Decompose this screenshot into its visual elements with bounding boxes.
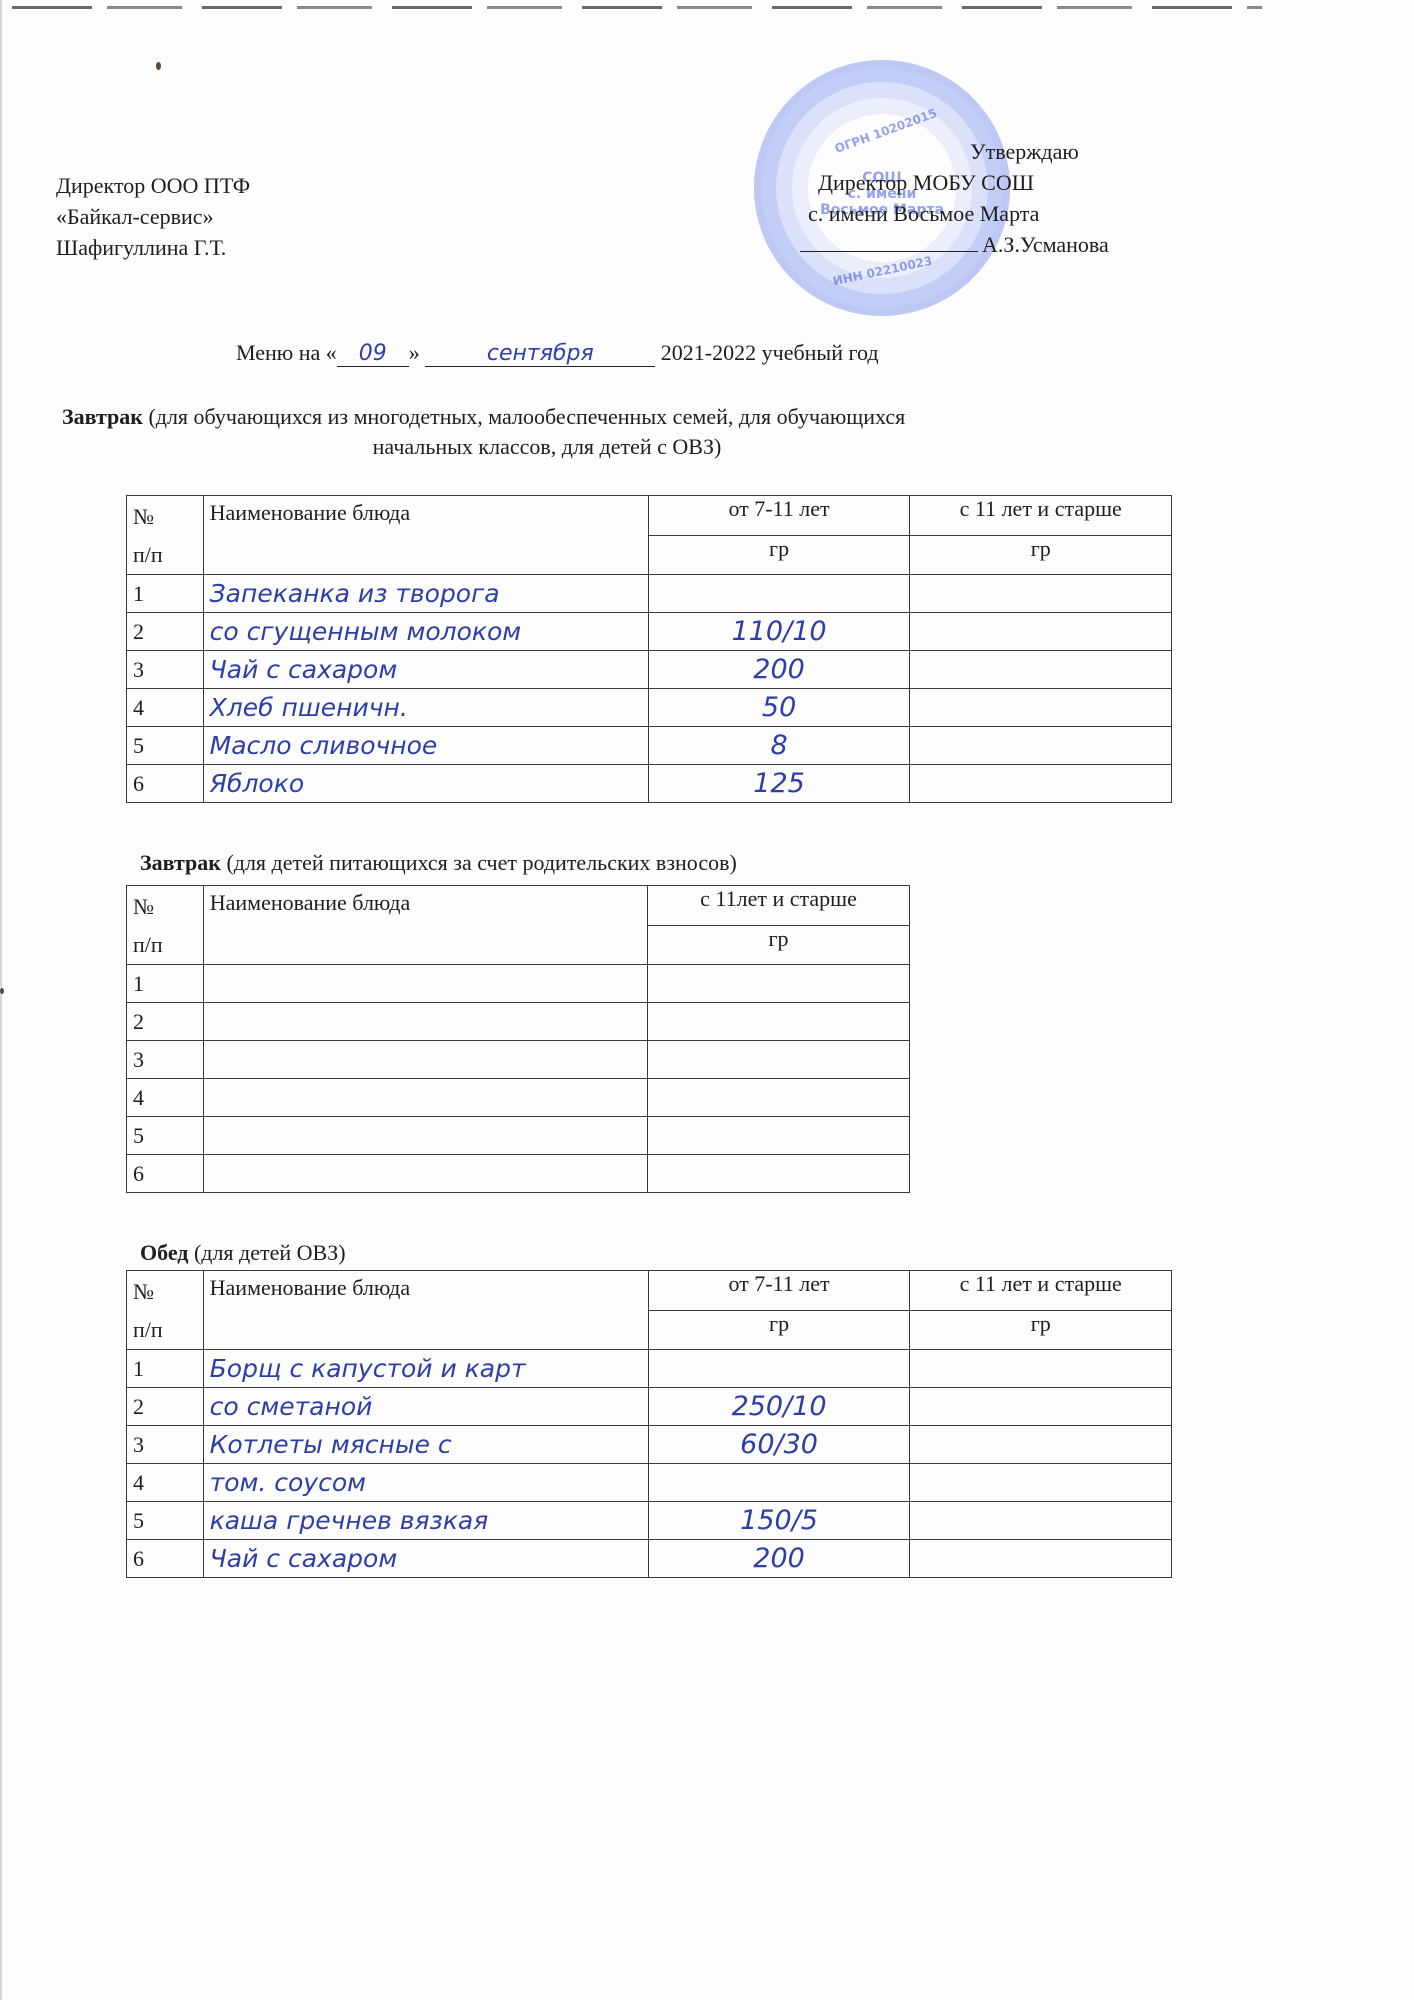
portion-11-plus bbox=[910, 1426, 1172, 1464]
table-row: 4Хлеб пшеничн.50 bbox=[127, 689, 1172, 727]
row-number: 3 bbox=[127, 1041, 204, 1079]
right-signatory-title: Директор МОБУ СОШ bbox=[800, 167, 1109, 198]
portion-7-11 bbox=[648, 965, 910, 1003]
row-number: 4 bbox=[127, 689, 204, 727]
row-number: 1 bbox=[127, 965, 204, 1003]
header-num: №п/п bbox=[127, 886, 204, 965]
portion-7-11 bbox=[648, 1155, 910, 1193]
portion-7-11: 125 bbox=[648, 765, 910, 803]
row-number: 4 bbox=[127, 1079, 204, 1117]
portion-7-11 bbox=[648, 1350, 910, 1388]
table-row: 4 bbox=[127, 1079, 910, 1117]
table-row: 3Котлеты мясные с60/30 bbox=[127, 1426, 1172, 1464]
dish-name: Котлеты мясные с bbox=[203, 1426, 648, 1464]
dish-name: Чай с сахаром bbox=[203, 651, 648, 689]
portion-11-plus bbox=[910, 1502, 1172, 1540]
row-number: 2 bbox=[127, 1003, 204, 1041]
portion-11-plus bbox=[910, 1350, 1172, 1388]
table-row: 3Чай с сахаром200 bbox=[127, 651, 1172, 689]
row-number: 6 bbox=[127, 1540, 204, 1578]
menu-school-year: 2021-2022 учебный год bbox=[661, 340, 879, 365]
table-body: 1Борщ с капустой и карт2со сметаной250/1… bbox=[127, 1350, 1172, 1578]
table-row: 5каша гречнев вязкая150/5 bbox=[127, 1502, 1172, 1540]
scan-speck bbox=[156, 62, 161, 70]
header-num-label2: п/п bbox=[133, 932, 163, 957]
portion-11-plus bbox=[910, 765, 1172, 803]
header-col-11-plus: с 11 лет и старше bbox=[910, 1271, 1172, 1311]
right-signatory-name: А.З.Усманова bbox=[982, 232, 1109, 257]
row-number: 3 bbox=[127, 1426, 204, 1464]
table-header-row: №п/п Наименование блюда от 7-11 лет с 11… bbox=[127, 496, 1172, 536]
menu-table-lunch-ovz: №п/п Наименование блюда от 7-11 лет с 11… bbox=[126, 1270, 1172, 1578]
dish-name: Яблоко bbox=[203, 765, 648, 803]
menu-mid: » bbox=[409, 340, 420, 365]
dish-name bbox=[203, 1041, 647, 1079]
section-title-rest: (для детей питающихся за счет родительск… bbox=[221, 850, 737, 875]
right-signatory: Утверждаю Директор МОБУ СОШ с. имени Вос… bbox=[800, 136, 1109, 260]
row-number: 5 bbox=[127, 1502, 204, 1540]
table-row: 5 bbox=[127, 1117, 910, 1155]
header-num-label2: п/п bbox=[133, 1317, 163, 1342]
row-number: 2 bbox=[127, 613, 204, 651]
row-number: 6 bbox=[127, 1155, 204, 1193]
portion-11-plus bbox=[910, 1464, 1172, 1502]
table-row: 1Борщ с капустой и карт bbox=[127, 1350, 1172, 1388]
portion-7-11: 150/5 bbox=[648, 1502, 910, 1540]
portion-7-11 bbox=[648, 1041, 910, 1079]
dish-name: Борщ с капустой и карт bbox=[203, 1350, 648, 1388]
section-title-line2: начальных классов, для детей с ОВЗ) bbox=[62, 432, 1182, 462]
dish-name bbox=[203, 1117, 647, 1155]
header-name: Наименование блюда bbox=[203, 886, 647, 965]
header-num-label: № bbox=[133, 504, 154, 529]
portion-7-11: 250/10 bbox=[648, 1388, 910, 1426]
portion-11-plus bbox=[910, 651, 1172, 689]
section-title-rest: (для обучающихся из многодетных, малообе… bbox=[143, 404, 905, 429]
menu-month: сентября bbox=[425, 341, 655, 367]
dish-name: каша гречнев вязкая bbox=[203, 1502, 648, 1540]
table-body: 1Запеканка из творога2со сгущенным молок… bbox=[127, 575, 1172, 803]
header-num: №п/п bbox=[127, 496, 204, 575]
menu-table-breakfast-paid: №п/п Наименование блюда с 11лет и старше… bbox=[126, 885, 910, 1193]
portion-7-11: 200 bbox=[648, 651, 910, 689]
unit-col-7-11: гр bbox=[648, 535, 910, 575]
portion-7-11: 110/10 bbox=[648, 613, 910, 651]
scan-left-edge bbox=[0, 0, 2, 2000]
table-row: 1Запеканка из творога bbox=[127, 575, 1172, 613]
portion-11-plus bbox=[910, 689, 1172, 727]
dish-name bbox=[203, 1079, 647, 1117]
scan-top-edge bbox=[12, 6, 1262, 9]
table-row: 6Яблоко125 bbox=[127, 765, 1172, 803]
dish-name bbox=[203, 1155, 647, 1193]
row-number: 5 bbox=[127, 727, 204, 765]
portion-7-11 bbox=[648, 1117, 910, 1155]
portion-7-11 bbox=[648, 575, 910, 613]
dish-name: Масло сливочное bbox=[203, 727, 648, 765]
section-title-bold: Завтрак bbox=[140, 850, 221, 875]
table-row: 5Масло сливочное8 bbox=[127, 727, 1172, 765]
portion-11-plus bbox=[910, 613, 1172, 651]
right-signatory-name-line: А.З.Усманова bbox=[800, 229, 1109, 260]
row-number: 1 bbox=[127, 1350, 204, 1388]
portion-11-plus bbox=[910, 727, 1172, 765]
menu-prefix: Меню на « bbox=[236, 340, 337, 365]
table-header-row: №п/п Наименование блюда от 7-11 лет с 11… bbox=[127, 1271, 1172, 1311]
left-signatory-line: «Байкал-сервис» bbox=[56, 201, 250, 232]
unit-col-11-plus: гр bbox=[648, 925, 910, 965]
row-number: 1 bbox=[127, 575, 204, 613]
table-row: 6Чай с сахаром200 bbox=[127, 1540, 1172, 1578]
section-title-lunch-ovz: Обед (для детей ОВЗ) bbox=[140, 1238, 346, 1268]
section-title-bold: Завтрак bbox=[62, 404, 143, 429]
portion-7-11: 200 bbox=[648, 1540, 910, 1578]
table-body: 123456 bbox=[127, 965, 910, 1193]
portion-7-11 bbox=[648, 1079, 910, 1117]
dish-name bbox=[203, 965, 647, 1003]
table-row: 4том. соусом bbox=[127, 1464, 1172, 1502]
left-signatory-line: Директор ООО ПТФ bbox=[56, 170, 250, 201]
section-title-breakfast-paid: Завтрак (для детей питающихся за счет ро… bbox=[140, 848, 737, 878]
header-col-11-plus: с 11лет и старше bbox=[648, 886, 910, 926]
row-number: 4 bbox=[127, 1464, 204, 1502]
dish-name: со сгущенным молоком bbox=[203, 613, 648, 651]
left-signatory: Директор ООО ПТФ «Байкал-сервис» Шафигул… bbox=[56, 170, 250, 263]
unit-col-7-11: гр bbox=[648, 1310, 910, 1350]
menu-table-breakfast-benefit: №п/п Наименование блюда от 7-11 лет с 11… bbox=[126, 495, 1172, 803]
dish-name: Чай с сахаром bbox=[203, 1540, 648, 1578]
header-num-label: № bbox=[133, 894, 154, 919]
row-number: 3 bbox=[127, 651, 204, 689]
portion-11-plus bbox=[910, 575, 1172, 613]
header-col-7-11: от 7-11 лет bbox=[648, 496, 910, 536]
portion-7-11: 50 bbox=[648, 689, 910, 727]
menu-day: 09 bbox=[337, 341, 409, 367]
row-number: 2 bbox=[127, 1388, 204, 1426]
left-signatory-line: Шафигуллина Г.Т. bbox=[56, 232, 250, 263]
section-title-breakfast-benefit: Завтрак (для обучающихся из многодетных,… bbox=[62, 402, 1182, 462]
portion-7-11 bbox=[648, 1003, 910, 1041]
header-num: №п/п bbox=[127, 1271, 204, 1350]
portion-7-11 bbox=[648, 1464, 910, 1502]
dish-name: том. соусом bbox=[203, 1464, 648, 1502]
header-name: Наименование блюда bbox=[203, 496, 648, 575]
table-row: 2со сметаной250/10 bbox=[127, 1388, 1172, 1426]
table-row: 2со сгущенным молоком110/10 bbox=[127, 613, 1172, 651]
dish-name: Хлеб пшеничн. bbox=[203, 689, 648, 727]
table-header-row: №п/п Наименование блюда с 11лет и старше bbox=[127, 886, 910, 926]
table-row: 1 bbox=[127, 965, 910, 1003]
portion-7-11: 60/30 bbox=[648, 1426, 910, 1464]
dish-name: со сметаной bbox=[203, 1388, 648, 1426]
dish-name bbox=[203, 1003, 647, 1041]
scan-speck bbox=[0, 988, 4, 994]
signature-blank bbox=[800, 233, 978, 252]
section-title-rest: (для детей ОВЗ) bbox=[188, 1240, 345, 1265]
row-number: 6 bbox=[127, 765, 204, 803]
header-col-7-11: от 7-11 лет bbox=[648, 1271, 910, 1311]
row-number: 5 bbox=[127, 1117, 204, 1155]
portion-11-plus bbox=[910, 1388, 1172, 1426]
unit-col-11-plus: гр bbox=[910, 1310, 1172, 1350]
portion-11-plus bbox=[910, 1540, 1172, 1578]
dish-name: Запеканка из творога bbox=[203, 575, 648, 613]
approve-label: Утверждаю bbox=[800, 136, 1109, 167]
menu-date-line: Меню на «09» сентября 2021-2022 учебный … bbox=[236, 340, 879, 367]
header-num-label: № bbox=[133, 1279, 154, 1304]
table-row: 2 bbox=[127, 1003, 910, 1041]
table-row: 3 bbox=[127, 1041, 910, 1079]
table-row: 6 bbox=[127, 1155, 910, 1193]
portion-7-11: 8 bbox=[648, 727, 910, 765]
header-num-label2: п/п bbox=[133, 542, 163, 567]
header-col-11-plus: с 11 лет и старше bbox=[910, 496, 1172, 536]
right-signatory-org: с. имени Восьмое Марта bbox=[800, 198, 1109, 229]
section-title-bold: Обед bbox=[140, 1240, 188, 1265]
unit-col-11-plus: гр bbox=[910, 535, 1172, 575]
header-name: Наименование блюда bbox=[203, 1271, 648, 1350]
